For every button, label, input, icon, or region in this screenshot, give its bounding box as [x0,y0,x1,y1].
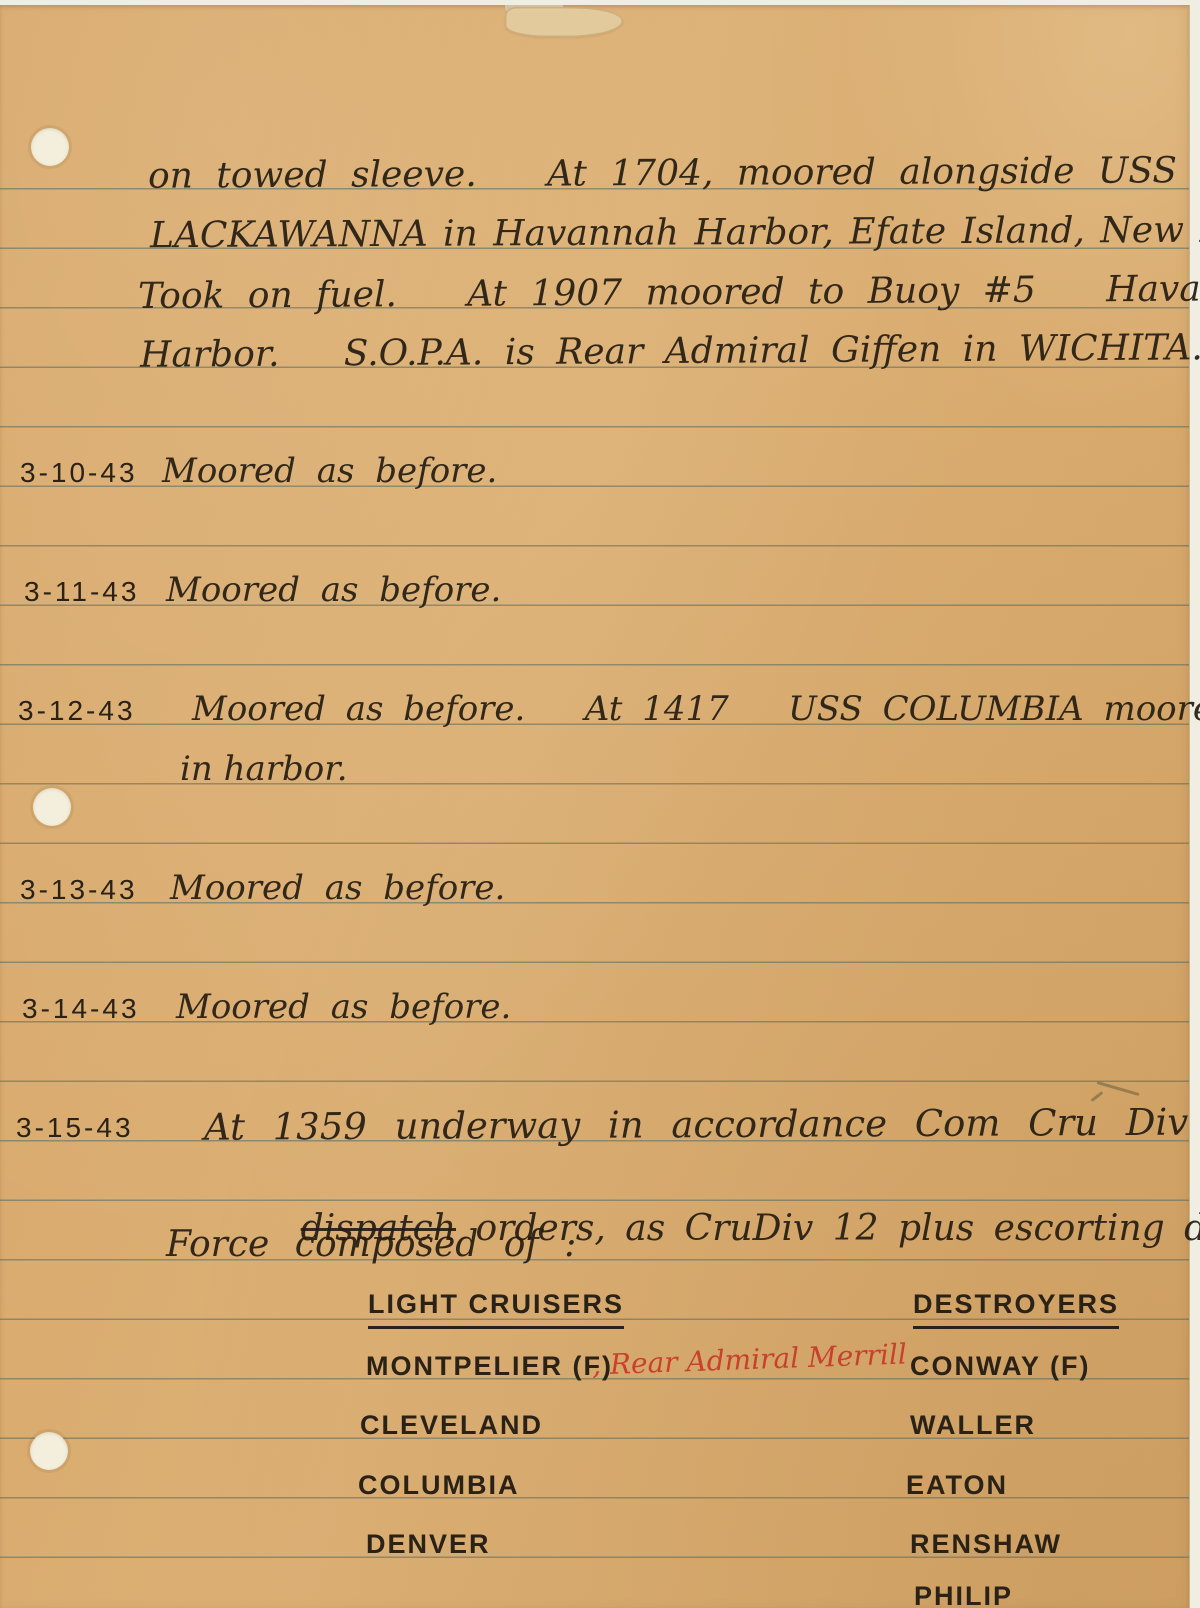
ship-name: WALLER [910,1410,1036,1441]
log-entry-text-line-2: in harbor. [180,749,348,790]
log-entry-text: Moored as before. [170,868,505,909]
ship-name: DENVER [366,1529,491,1560]
log-continuation-line-4: Harbor. S.O.P.A. is Rear Admiral Giffen … [140,326,1200,377]
log-entry-text-line-3: Force composed of : [166,1223,576,1266]
column-header-destroyers: DESTROYERS [913,1289,1119,1329]
log-entry-text: Moored as before. [166,570,501,611]
ship-name: RENSHAW [910,1529,1062,1560]
punch-hole-middle [33,788,71,826]
log-entry-date: 3-11-43 [24,576,139,608]
log-entry-date: 3-15-43 [16,1112,134,1144]
notebook-paper: on towed sleeve. At 1704, moored alongsi… [0,5,1190,1608]
ship-name: CLEVELAND [360,1410,543,1441]
log-entry-text: Moored as before. [176,987,511,1028]
tape-remnant [505,7,623,37]
ship-name: MONTPELIER (F) [366,1351,613,1382]
log-continuation-line-3: Took on fuel. At 1907 moored to Buoy #5 … [138,267,1200,318]
punch-hole-bottom [30,1432,68,1470]
log-entry-date: 3-10-43 [20,457,138,489]
log-entry-text: Moored as before. [162,451,497,492]
log-entry-date: 3-13-43 [20,874,138,906]
red-ink-annotation: , Rear Admiral Merrill [592,1338,908,1383]
scanned-log-page: on towed sleeve. At 1704, moored alongsi… [0,0,1200,1608]
log-continuation-line-1: on towed sleeve. At 1704, moored alongsi… [148,149,1177,198]
ship-name: EATON [906,1470,1008,1501]
log-entry-date: 3-14-43 [22,993,140,1025]
log-entry-text: At 1359 underway in accordance Com Cru D… [204,1100,1200,1150]
ship-name: CONWAY (F) [910,1351,1091,1382]
ship-name: COLUMBIA [358,1470,519,1501]
ship-name: PHILIP [914,1581,1013,1608]
log-entry-date: 3-12-43 [18,695,136,727]
log-entry-text: Moored as before. At 1417 USS COLUMBIA m… [192,689,1200,730]
column-header-light-cruisers: LIGHT CRUISERS [368,1289,624,1329]
punch-hole-top [31,128,69,166]
log-continuation-line-2: LACKAWANNA in Havannah Harbor, Efate Isl… [150,208,1200,258]
